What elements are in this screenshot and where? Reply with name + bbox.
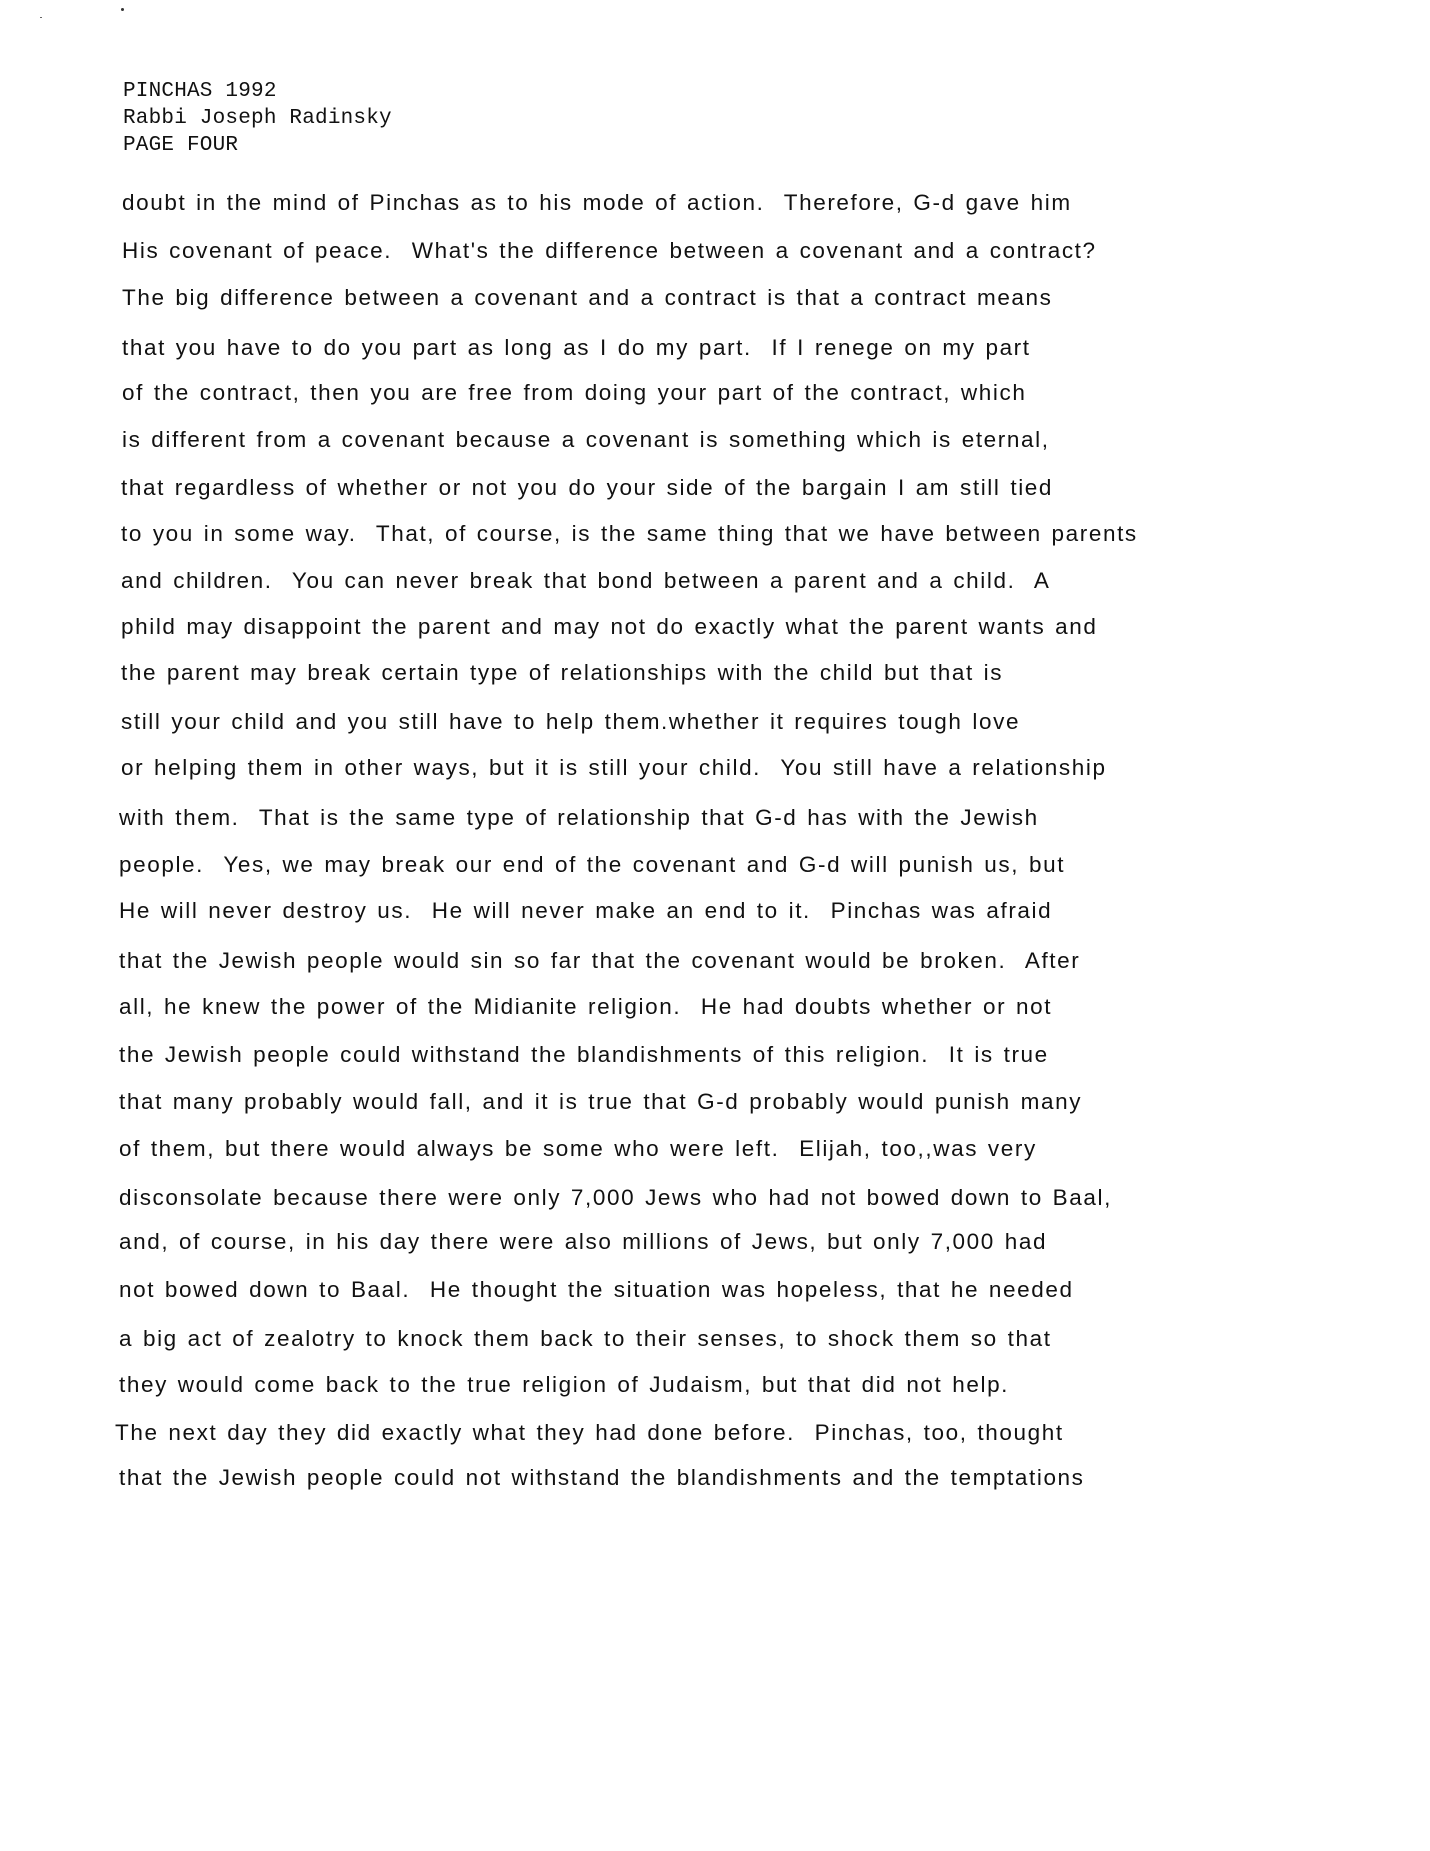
page-label: PAGE FOUR <box>123 132 392 159</box>
document-author: Rabbi Joseph Radinsky <box>123 105 392 132</box>
body-line: with them. That is the same type of rela… <box>119 805 1039 831</box>
body-line: the Jewish people could withstand the bl… <box>119 1042 1049 1068</box>
document-title: PINCHAS 1992 <box>123 78 392 105</box>
body-line: a big act of zealotry to knock them back… <box>119 1326 1052 1352</box>
body-line: of them, but there would always be some … <box>119 1136 1037 1162</box>
body-line: that many probably would fall, and it is… <box>119 1089 1082 1115</box>
body-line: that you have to do you part as long as … <box>122 335 1031 361</box>
body-line: all, he knew the power of the Midianite … <box>119 994 1052 1020</box>
body-line: The big difference between a covenant an… <box>122 285 1053 311</box>
body-line: and, of course, in his day there were al… <box>119 1229 1047 1255</box>
body-line: of the contract, then you are free from … <box>122 380 1026 406</box>
body-line: they would come back to the true religio… <box>119 1372 1009 1398</box>
body-line: still your child and you still have to h… <box>121 709 1020 735</box>
scan-speck <box>40 17 42 18</box>
body-line: He will never destroy us. He will never … <box>119 898 1052 924</box>
page-header: PINCHAS 1992 Rabbi Joseph Radinsky PAGE … <box>123 78 392 159</box>
body-line: that the Jewish people could not withsta… <box>119 1465 1085 1491</box>
body-line: The next day they did exactly what they … <box>115 1420 1064 1446</box>
body-line: or helping them in other ways, but it is… <box>121 755 1107 781</box>
body-line: that regardless of whether or not you do… <box>121 475 1053 501</box>
scan-speck <box>121 8 124 11</box>
body-line: His covenant of peace. What's the differ… <box>122 238 1097 264</box>
body-line: disconsolate because there were only 7,0… <box>119 1185 1112 1211</box>
body-line: is different from a covenant because a c… <box>122 427 1050 453</box>
body-line: phild may disappoint the parent and may … <box>121 614 1098 640</box>
body-line: to you in some way. That, of course, is … <box>121 521 1138 547</box>
body-line: not bowed down to Baal. He thought the s… <box>119 1277 1074 1303</box>
body-line: people. Yes, we may break our end of the… <box>119 852 1065 878</box>
body-line: the parent may break certain type of rel… <box>121 660 1003 686</box>
body-line: doubt in the mind of Pinchas as to his m… <box>122 190 1072 216</box>
body-line: that the Jewish people would sin so far … <box>119 948 1080 974</box>
body-line: and children. You can never break that b… <box>121 568 1051 594</box>
